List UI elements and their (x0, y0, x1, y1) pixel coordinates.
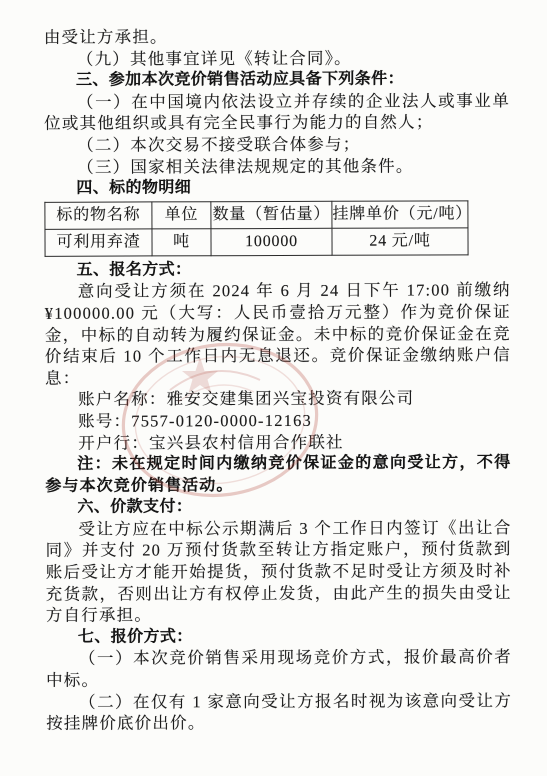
table-header-subject-name: 标的物名称 (45, 202, 152, 229)
table-cell-subject-name: 可利用弃渣 (45, 229, 152, 256)
section-6-heading: 六、价款支付： (45, 495, 511, 518)
section-7-item-1: （一）本次竞价销售采用现场竞价方式，报价最高价者中标。 (46, 647, 512, 692)
document-page: 由受让方承担。 （九）其他事宜详见《转让合同》。 三、参加本次竞价销售活动应具备… (0, 0, 547, 776)
table-cell-unit: 吨 (152, 228, 211, 255)
table-row: 可利用弃渣 吨 100000 24 元/吨 (45, 228, 468, 256)
section-7-heading: 七、报价方式： (46, 625, 512, 648)
note-paragraph: 注：未在规定时间内缴纳竞价保证金的意向受让方，不得参与本次竞价销售活动。 (45, 452, 511, 497)
paragraph-continuation: 由受让方承担。 (44, 25, 510, 48)
section-6-paragraph: 受让方应在中标公示期满后 3 个工作日内签订《出让合同》并支付 20 万预付货款… (45, 517, 511, 627)
section-5-paragraph: 意向受让方须在 2024 年 6 月 24 日下午 17:00 前缴纳 ¥100… (45, 280, 511, 390)
table-header-row: 标的物名称 单位 数量（暂估量） 挂牌单价（元/吨） (45, 201, 468, 229)
account-name-line: 账户名称：雅安交建集团兴宝投资有限公司 (45, 387, 511, 410)
subject-matter-table: 标的物名称 单位 数量（暂估量） 挂牌单价（元/吨） 可利用弃渣 吨 10000… (44, 200, 468, 256)
section-7-item-2: （二）在仅有 1 家意向受让方报名时视为该意向受让方按挂牌价底价出价。 (46, 690, 512, 735)
table-cell-list-price: 24 元/吨 (332, 228, 468, 255)
section-5-heading: 五、报名方式： (45, 258, 511, 281)
section-3-item-2: （二）本次交易不接受联合体参与； (44, 133, 510, 156)
section-4-heading: 四、标的物明细 (44, 176, 510, 199)
section-3-item-1: （一）在中国境内依法设立并存续的企业法人或事业单位或其他组织或具有完全民事行为能… (44, 90, 510, 135)
section-3-heading: 三、参加本次竞价销售活动应具备下列条件： (44, 68, 510, 91)
account-number-line: 账号：7557-0120-0000-12163 (45, 409, 511, 432)
document-content: 由受让方承担。 （九）其他事宜详见《转让合同》。 三、参加本次竞价销售活动应具备… (44, 25, 512, 734)
section-3-item-3: （三）国家相关法律法规规定的其他条件。 (44, 155, 510, 178)
table-header-unit: 单位 (152, 201, 211, 228)
table-header-quantity: 数量（暂估量） (211, 201, 332, 228)
table-header-list-price: 挂牌单价（元/吨） (332, 201, 468, 228)
table-cell-quantity: 100000 (211, 228, 332, 255)
bank-name-line: 开户行：宝兴县农村信用合作联社 (45, 431, 511, 454)
clause-item-9: （九）其他事宜详见《转让合同》。 (44, 47, 510, 70)
